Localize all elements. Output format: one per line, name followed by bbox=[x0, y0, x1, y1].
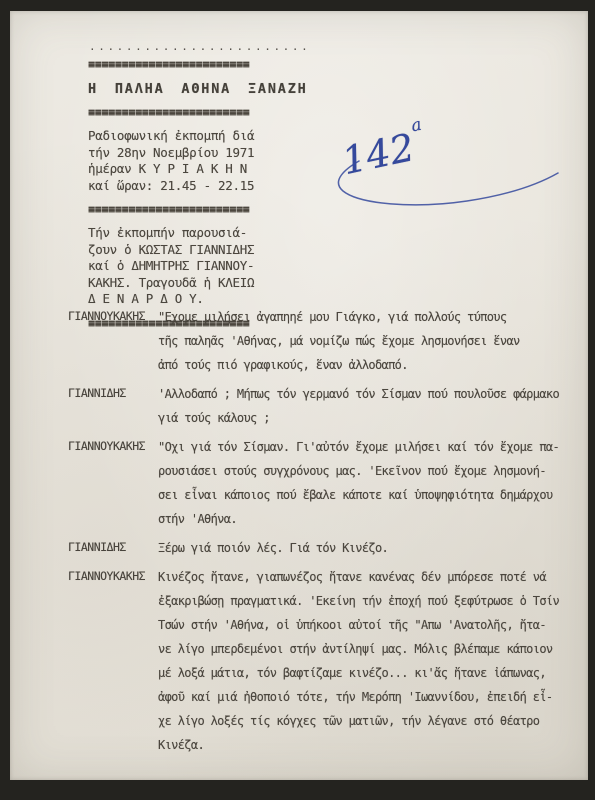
handwritten-annotation: 142a bbox=[295, 111, 570, 231]
separator-line: ======================== bbox=[88, 203, 318, 216]
handwritten-number-digits: 142 bbox=[338, 125, 418, 183]
broadcast-info: Ραδιοφωνική ἐκπομπή διά τήν 28ην Νοεμβρί… bbox=[88, 128, 318, 194]
speech-text: "Οχι γιά τόν Σίσμαν. Γι'αὐτόν ἔχομε μιλή… bbox=[158, 435, 559, 531]
dialogue-row: ΓΙΑΝΝΙΔΗΣ Ξέρω γιά ποιόν λές. Γιά τόν Κι… bbox=[68, 536, 568, 560]
separator-line: ======================== bbox=[88, 106, 318, 119]
presenters-info: Τήν ἐκπομπήν παρουσιά- ζουν ὁ ΚΩΣΤΑΣ ΓΙΑ… bbox=[88, 225, 318, 308]
separator-line: ======================== bbox=[88, 58, 318, 71]
page-title: Η ΠΑΛΗΑ ΑΘΗΝΑ ΞΑΝΑΖΗ bbox=[88, 81, 318, 97]
speaker-label: ΓΙΑΝΝΟΥΚΑΚΗΣ bbox=[68, 435, 158, 453]
speech-text: Κινέζος ἤτανε, γιαπωνέζος ἤτανε κανένας … bbox=[158, 565, 559, 757]
handwritten-superscript: a bbox=[409, 115, 423, 137]
dotted-line: ........................ bbox=[89, 41, 318, 53]
speech-text: Ξέρω γιά ποιόν λές. Γιά τόν Κινέζο. bbox=[158, 536, 388, 560]
handwritten-number: 142a bbox=[337, 115, 431, 183]
dialogue-row: ΓΙΑΝΝΟΥΚΑΚΗΣ "Εχομε μιλήσει ἀγαπηηέ μου … bbox=[68, 305, 568, 377]
dialogue-row: ΓΙΑΝΝΟΥΚΑΚΗΣ "Οχι γιά τόν Σίσμαν. Γι'αὐτ… bbox=[68, 435, 568, 531]
speaker-label: ΓΙΑΝΝΟΥΚΑΚΗΣ bbox=[68, 565, 158, 583]
document-page: ........................ ===============… bbox=[10, 11, 588, 780]
speaker-label: ΓΙΑΝΝΙΔΗΣ bbox=[68, 382, 158, 400]
speaker-label: ΓΙΑΝΝΙΔΗΣ bbox=[68, 536, 158, 554]
document-header: ........................ ===============… bbox=[88, 41, 318, 333]
speech-text: 'Αλλοδαπό ; Μήπως τόν γερμανό τόν Σίσμαν… bbox=[158, 382, 559, 430]
speech-text: "Εχομε μιλήσει ἀγαπηηέ μου Γιάγκο, γιά π… bbox=[158, 305, 520, 377]
dialogue-row: ΓΙΑΝΝΟΥΚΑΚΗΣ Κινέζος ἤτανε, γιαπωνέζος ἤ… bbox=[68, 565, 568, 757]
dialogue-row: ΓΙΑΝΝΙΔΗΣ 'Αλλοδαπό ; Μήπως τόν γερμανό … bbox=[68, 382, 568, 430]
pen-flourish-icon bbox=[295, 111, 570, 231]
speaker-label: ΓΙΑΝΝΟΥΚΑΚΗΣ bbox=[68, 305, 158, 323]
dialogue-section: ΓΙΑΝΝΟΥΚΑΚΗΣ "Εχομε μιλήσει ἀγαπηηέ μου … bbox=[68, 305, 568, 762]
